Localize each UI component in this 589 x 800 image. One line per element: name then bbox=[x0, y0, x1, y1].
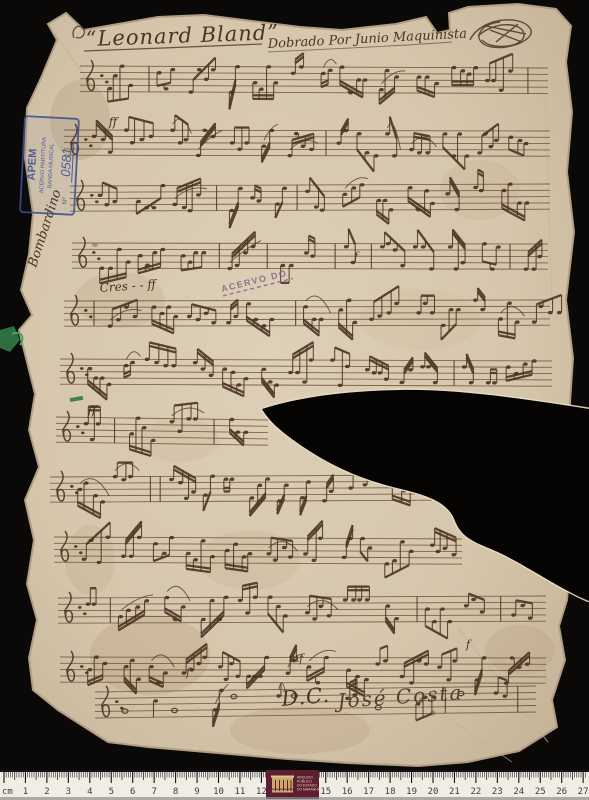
ruler-logo: ARQUIVO PÚBLICO DO ESTADO DO MARANHÃO bbox=[266, 770, 323, 799]
ruler-number: 18 bbox=[385, 787, 396, 797]
ruler-number: 2 bbox=[44, 787, 49, 797]
ruler: 1234567891011121314151617181920212223242… bbox=[0, 770, 589, 800]
dynamic-mark: mf bbox=[289, 652, 305, 665]
ruler-number: 19 bbox=[406, 787, 417, 797]
logo-line: DO MARANHÃO bbox=[297, 787, 323, 792]
scan-canvas: “Leonard Bland” Dobrado Por Junio Maquin… bbox=[0, 0, 589, 800]
ruler-number: 21 bbox=[449, 787, 460, 797]
ruler-number: 9 bbox=[194, 787, 199, 797]
tape-fragment bbox=[0, 326, 20, 352]
stamp-org: APEM bbox=[26, 148, 40, 180]
ruler-number: 5 bbox=[109, 787, 114, 797]
ruler-number: 27 bbox=[578, 787, 589, 797]
blue-accession-stamp: APEM ACERVO PARTITURA BANDA MUSICAL Nº 0… bbox=[20, 116, 79, 215]
da-capo-mark: D.C. bbox=[279, 683, 331, 711]
ruler-unit-label: cm bbox=[2, 787, 13, 797]
ruler-number: 24 bbox=[513, 787, 524, 797]
ruler-number: 7 bbox=[151, 787, 156, 797]
ruler-number: 1 bbox=[23, 787, 28, 797]
ruler-number: 6 bbox=[130, 787, 135, 797]
ruler-number: 8 bbox=[173, 787, 178, 797]
ruler-number: 4 bbox=[87, 787, 92, 797]
ruler-number: 22 bbox=[470, 787, 481, 797]
ruler-number: 17 bbox=[363, 787, 374, 797]
ruler-number: 11 bbox=[234, 787, 245, 797]
ruler-number: 25 bbox=[535, 787, 546, 797]
ruler-number: 3 bbox=[66, 787, 71, 797]
ruler-number: 20 bbox=[428, 787, 439, 797]
ruler-number: 16 bbox=[342, 787, 353, 797]
ruler-number: 10 bbox=[213, 787, 224, 797]
scanned-manuscript: “Leonard Bland” Dobrado Por Junio Maquin… bbox=[0, 0, 589, 800]
ruler-number: 23 bbox=[492, 787, 503, 797]
building-icon bbox=[271, 776, 294, 793]
ruler-number: 12 bbox=[256, 787, 267, 797]
stamp-number-label: Nº bbox=[61, 196, 68, 204]
ruler-number: 26 bbox=[556, 787, 567, 797]
